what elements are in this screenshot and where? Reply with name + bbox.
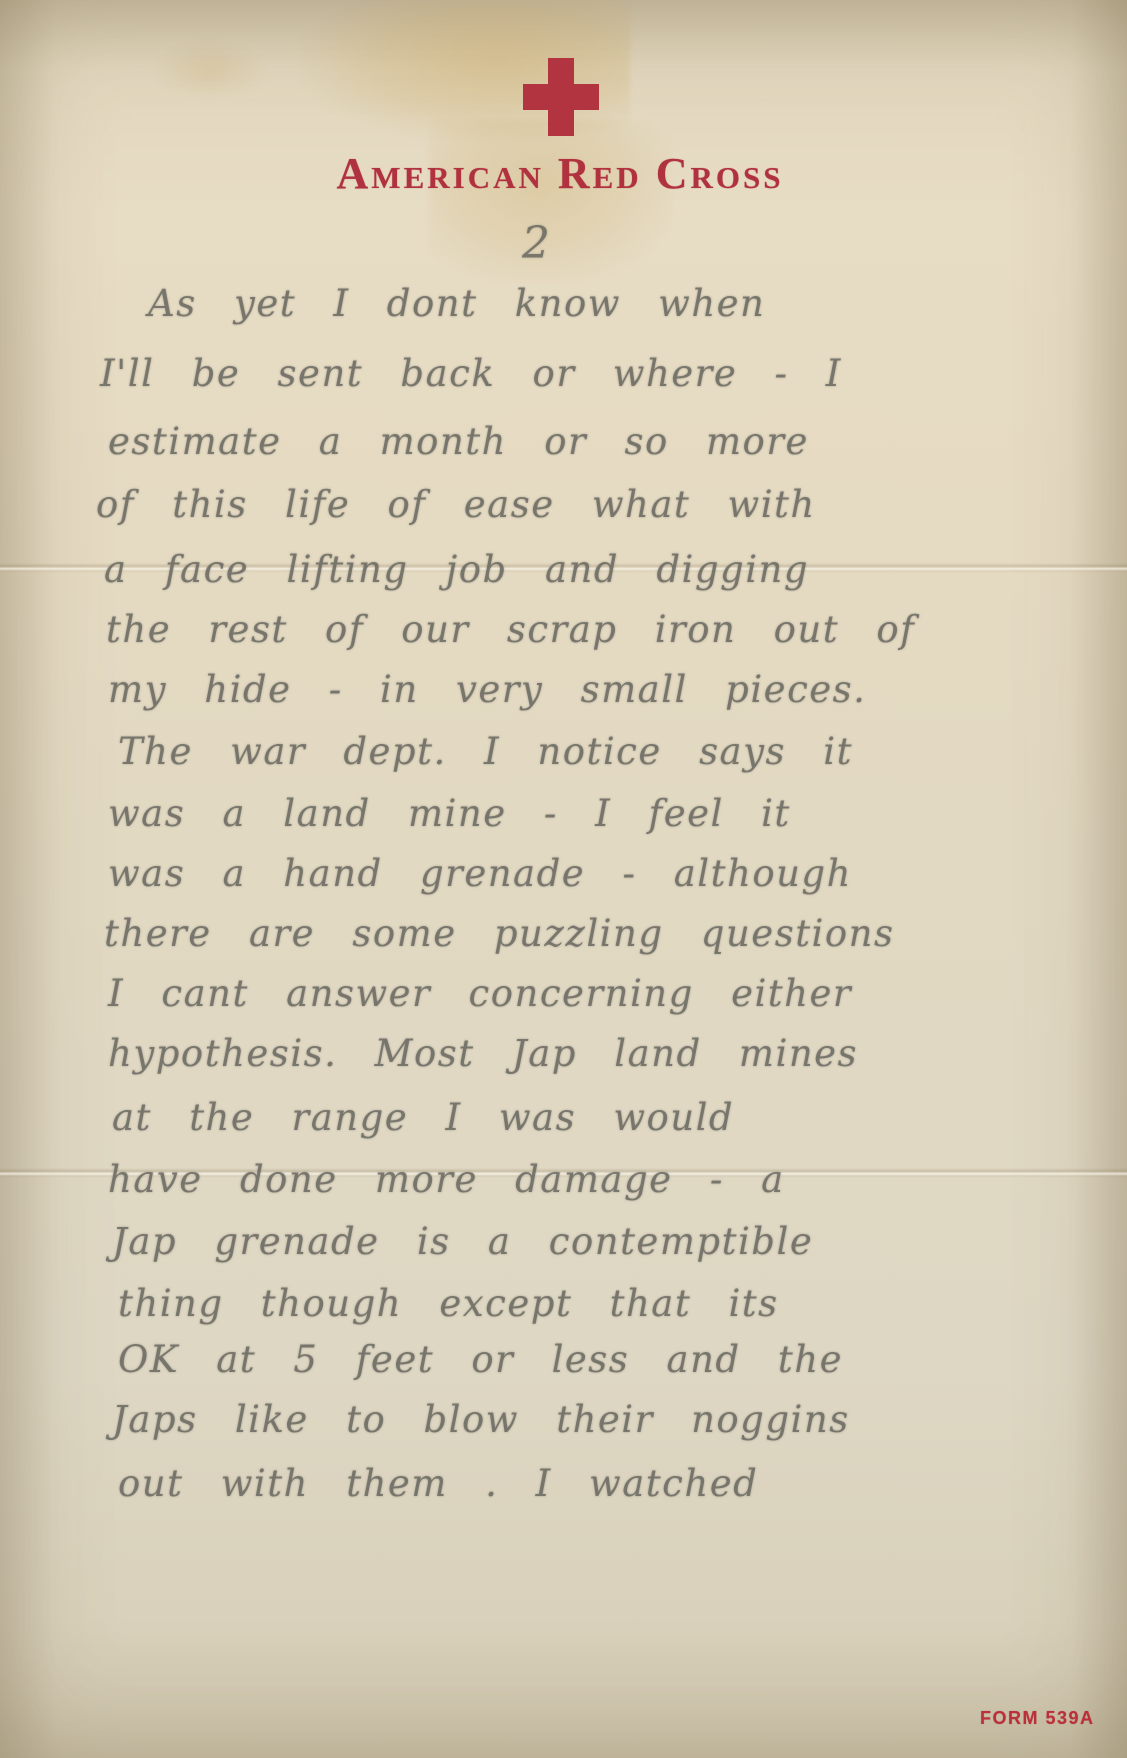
- letter-line: hypothesis. Most Jap land mines: [108, 1032, 858, 1075]
- letter-line: I'll be sent back or where - I: [100, 352, 842, 395]
- letter-line: was a land mine - I feel it: [108, 792, 791, 835]
- page-number: 2: [522, 218, 550, 269]
- form-number: FORM 539A: [980, 1708, 1095, 1729]
- letter-line: out with them . I watched: [118, 1462, 758, 1505]
- red-cross-icon: [523, 58, 599, 136]
- letter-line: The war dept. I notice says it: [118, 730, 853, 773]
- letter-line: Jap grenade is a contemptible: [112, 1220, 813, 1263]
- paper-stain: [150, 40, 270, 100]
- letter-line: Japs like to blow their noggins: [112, 1398, 850, 1441]
- letter-line: thing though except that its: [118, 1282, 779, 1325]
- letter-line: a face lifting job and digging: [104, 548, 809, 591]
- letter-line: I cant answer concerning either: [108, 972, 852, 1015]
- letter-line: have done more damage - a: [108, 1158, 785, 1201]
- letter-line: As yet I dont know when: [148, 282, 765, 325]
- letter-page: American Red Cross 2 As yet I dont know …: [0, 0, 1127, 1758]
- letter-line: OK at 5 feet or less and the: [118, 1338, 843, 1381]
- org-name: American Red Cross: [0, 148, 1120, 199]
- letter-line: estimate a month or so more: [108, 420, 809, 463]
- letter-line: the rest of our scrap iron out of: [106, 608, 915, 651]
- letter-line: my hide - in very small pieces.: [108, 668, 866, 711]
- letter-line: of this life of ease what with: [96, 483, 816, 526]
- letter-line: was a hand grenade - although: [108, 852, 852, 895]
- letter-line: at the range I was would: [112, 1096, 734, 1139]
- paper-stain: [430, 120, 670, 280]
- letter-line: there are some puzzling questions: [104, 912, 895, 955]
